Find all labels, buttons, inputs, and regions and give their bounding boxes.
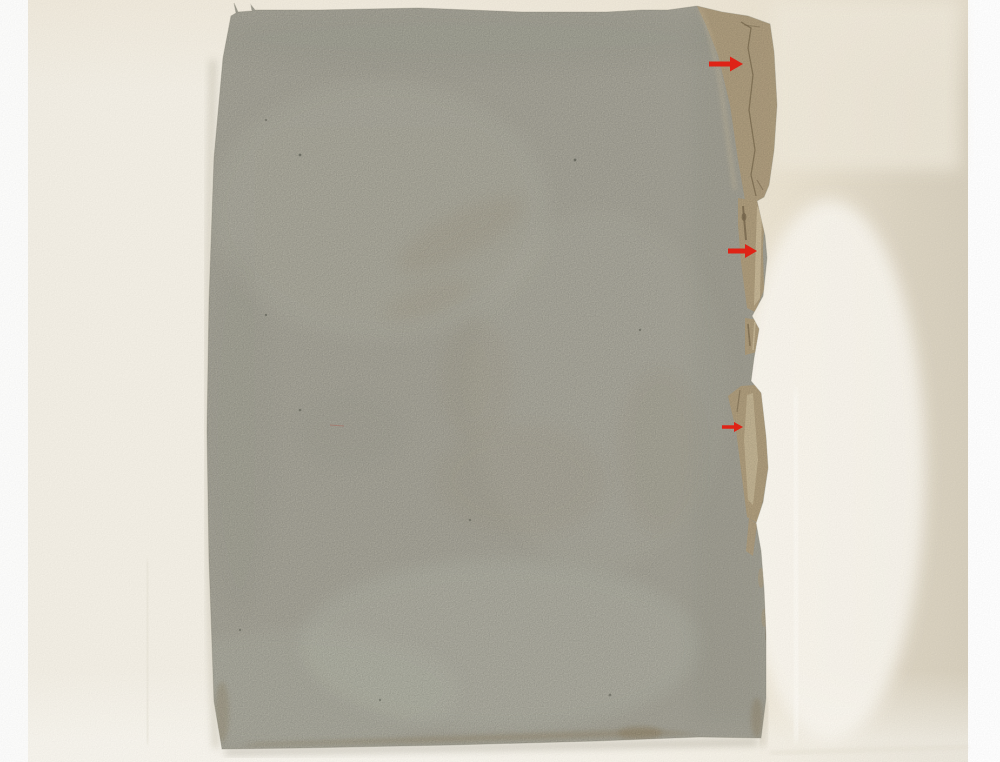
- photograph: [0, 0, 1000, 762]
- paper-scene: [0, 0, 1000, 762]
- photo-grain: [0, 0, 1000, 762]
